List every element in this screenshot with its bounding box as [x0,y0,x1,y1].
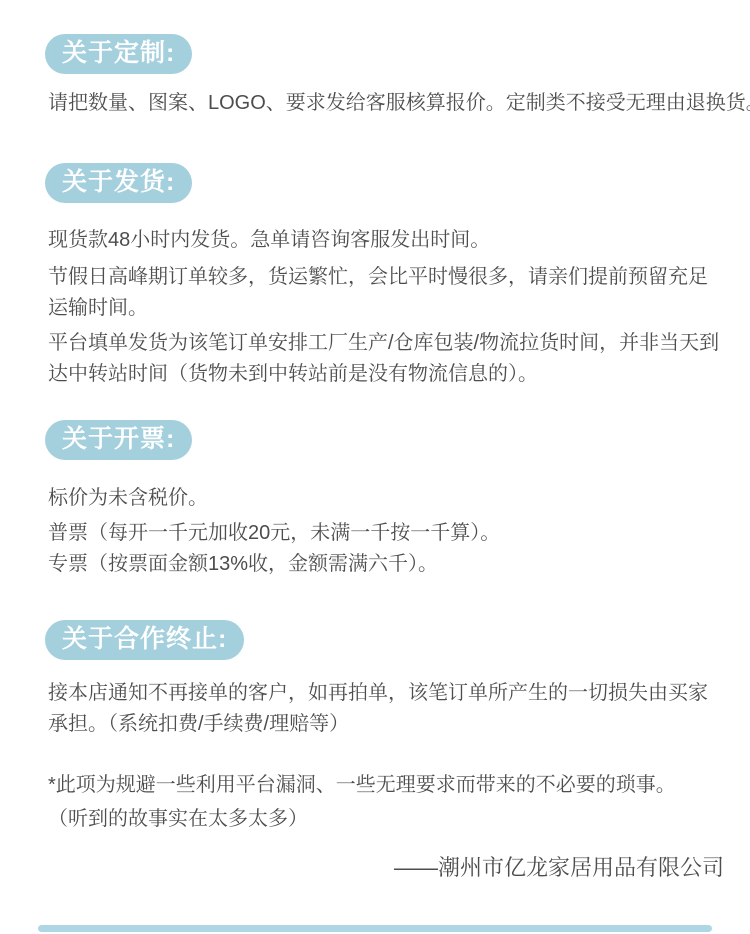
invoicing-text-3: 专票（按票面金额13%收，金额需满六千）。 [48,549,724,580]
bottom-divider-bar [38,925,712,932]
invoicing-text-1: 标价为未含税价。 [48,483,724,514]
shipping-text-2: 节假日高峰期订单较多，货运繁忙，会比平时慢很多，请亲们提前预留充足运输时间。 [48,262,724,324]
section-invoicing: 关于开票: 标价为未含税价。 普票（每开一千元加收20元，未满一千按一千算）。 … [0,390,750,580]
customization-text: 请把数量、图案、LOGO、要求发给客服核算报价。定制类不接受无理由退换货。 [48,88,724,119]
section-customization: 关于定制: 请把数量、图案、LOGO、要求发给客服核算报价。定制类不接受无理由退… [0,0,750,119]
shipping-text-3: 平台填单发货为该笔订单安排工厂生产/仓库包装/物流拉货时间，并非当天到达中转站时… [48,328,724,390]
section-cooperation-termination: 关于合作终止: 接本店通知不再接单的客户，如再拍单，该笔订单所产生的一切损失由买… [0,580,750,836]
section-shipping: 关于发货: 现货款48小时内发货。急单请咨询客服发出时间。 节假日高峰期订单较多… [0,119,750,390]
section-heading-shipping: 关于发货: [45,163,192,203]
section-heading-invoicing: 关于开票: [45,420,192,460]
invoicing-text-2: 普票（每开一千元加收20元，未满一千按一千算）。 [48,518,724,549]
footnote-line-1: *此项为规避一些利用平台漏洞、一些无理要求而带来的不必要的琐事。 [48,768,724,802]
shipping-text-1: 现货款48小时内发货。急单请咨询客服发出时间。 [48,225,724,256]
policy-notice-page: 关于定制: 请把数量、图案、LOGO、要求发给客服核算报价。定制类不接受无理由退… [0,0,750,934]
section-heading-cooperation-termination: 关于合作终止: [45,620,244,660]
company-signature: ——潮州市亿龙家居用品有限公司 [48,852,724,883]
section-heading-customization: 关于定制: [45,34,192,74]
cooperation-termination-footnote: *此项为规避一些利用平台漏洞、一些无理要求而带来的不必要的琐事。 （听到的故事实… [48,768,724,836]
cooperation-termination-text: 接本店通知不再接单的客户，如再拍单，该笔订单所产生的一切损失由买家承担。（系统扣… [48,678,724,740]
footnote-line-2: （听到的故事实在太多太多） [48,802,724,836]
